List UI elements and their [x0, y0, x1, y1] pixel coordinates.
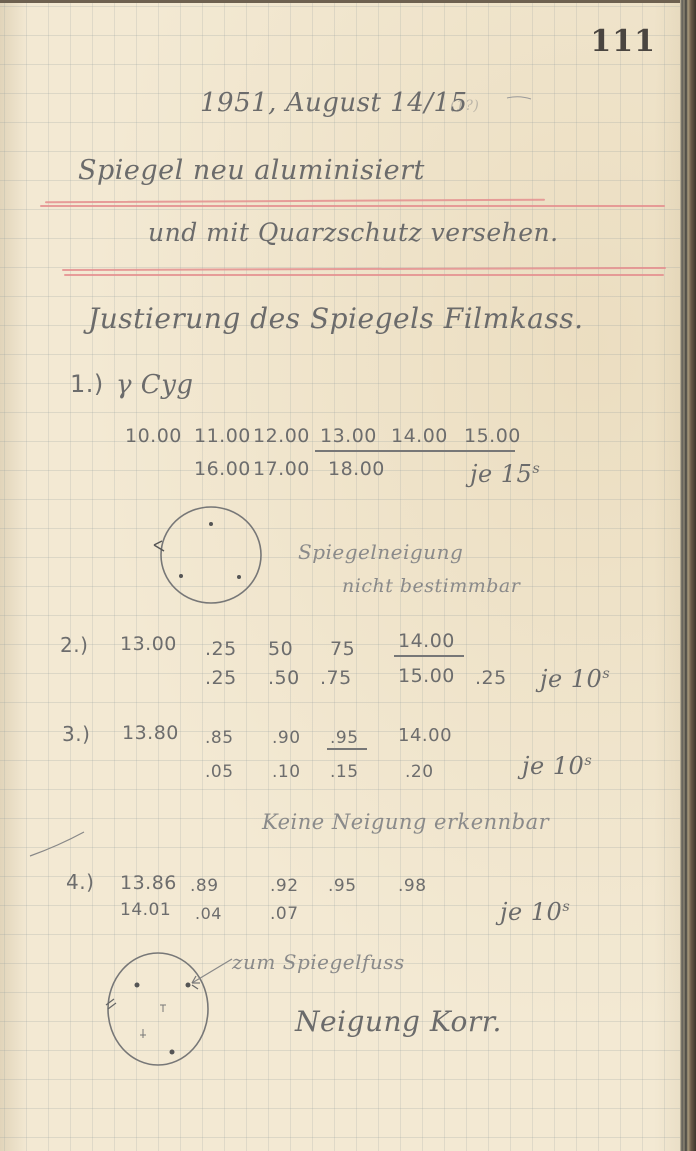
e1-note-line-2: nicht bestimmbar: [342, 575, 520, 597]
entry-1-label: 1.): [70, 370, 104, 398]
e2-r2-c4: 15.00: [398, 665, 455, 687]
e3-r1-c1: 13.80: [122, 722, 179, 744]
e1-exposure-value: je 15: [470, 460, 532, 488]
e4-r1-c2: .89: [190, 876, 219, 896]
red-underline-1b: [40, 205, 665, 207]
red-underline-2a: [62, 267, 666, 271]
section-title: Justierung des Spiegels Filmkass.: [88, 302, 583, 335]
e4-r1-c1: 13.86: [120, 872, 177, 894]
e2-r2-c1: .25: [205, 667, 237, 689]
e1-r1-c5: 14.00: [391, 425, 448, 447]
e4-r2-c1: 14.01: [120, 900, 171, 920]
notebook-page: 111 1951, August 14/15 (1?) Spiegel neu …: [0, 0, 696, 1151]
e2-exposure-unit: s: [602, 666, 610, 682]
e3-r1-c2: .85: [205, 728, 234, 748]
entry-3-label: 3.): [62, 722, 90, 746]
page-number: 111: [590, 24, 656, 59]
red-underline-2b: [64, 274, 664, 276]
e1-r1-c4: 13.00: [320, 425, 377, 447]
e2-r1-c3: 50: [268, 638, 293, 660]
red-underline-1a: [45, 199, 545, 204]
e4-r1-c3: .92: [270, 876, 299, 896]
entry-2-label: 2.): [60, 633, 88, 657]
e4-exposure: je 10s: [500, 898, 570, 926]
e3-r2-c1: .05: [205, 762, 234, 782]
e2-r1-c4: 75: [330, 638, 355, 660]
heading-line-2: und mit Quarzschutz versehen.: [148, 218, 559, 247]
e3-r1-c5: 14.00: [398, 725, 452, 746]
entry-1-object: γ Cyg: [116, 370, 194, 400]
e1-note-line-1: Spiegelneigung: [298, 540, 463, 564]
e3-exposure: je 10s: [522, 752, 592, 780]
e4-arrow-note: zum Spiegelfuss: [232, 950, 405, 974]
e2-r1-c1: 13.00: [120, 633, 177, 655]
e3-underline: [327, 748, 367, 750]
e2-underline: [394, 655, 464, 657]
page-top-edge: [0, 0, 696, 3]
notebook-spine: [680, 0, 696, 1151]
e1-r1-c2: 11.00: [194, 425, 251, 447]
e3-exposure-value: je 10: [522, 752, 584, 780]
e3-r1-c3: .90: [272, 728, 301, 748]
e2-r1-c5: 14.00: [398, 630, 455, 652]
e1-r1-c1: 10.00: [125, 425, 182, 447]
heading-line-1: Spiegel neu aluminisiert: [78, 155, 425, 186]
e1-r2-c3: 18.00: [328, 458, 385, 480]
e1-exposure-unit: s: [532, 461, 540, 477]
e2-r2-c5: .25: [475, 667, 507, 689]
e3-exposure-unit: s: [584, 753, 592, 769]
e4-r1-c5: .98: [398, 876, 427, 896]
e4-r2-c3: .07: [270, 904, 299, 924]
e3-r2-c4: .20: [405, 762, 434, 782]
e4-exposure-unit: s: [562, 899, 570, 915]
stray-pencil-stroke: [28, 828, 88, 858]
e2-r1-c2: .25: [205, 638, 237, 660]
e1-r2-c1: 16.00: [194, 458, 251, 480]
e3-note: Keine Neigung erkennbar: [262, 810, 549, 834]
e4-note: Neigung Korr.: [295, 1005, 502, 1038]
e4-r2-c2: .04: [195, 904, 222, 923]
e1-r2-c2: 17.00: [253, 458, 310, 480]
e1-r1-c6: 15.00: [464, 425, 521, 447]
dash-mark: [505, 94, 535, 102]
e3-r1-c4: .95: [330, 728, 359, 748]
faint-mark: (1?): [450, 98, 479, 114]
entry-4-label: 4.): [66, 870, 94, 894]
e2-exposure: je 10s: [540, 665, 610, 693]
e2-r2-c3: .75: [320, 667, 352, 689]
e3-r2-c2: .10: [272, 762, 301, 782]
mirror-diagram-1: [150, 505, 270, 610]
e1-underline: [315, 450, 515, 452]
e2-r2-c2: .50: [268, 667, 300, 689]
e4-exposure-value: je 10: [500, 898, 562, 926]
e1-exposure: je 15s: [470, 460, 540, 488]
e2-exposure-value: je 10: [540, 665, 602, 693]
date-header: 1951, August 14/15: [200, 88, 468, 118]
e3-r2-c3: .15: [330, 762, 359, 782]
e1-r1-c3: 12.00: [253, 425, 310, 447]
e4-r1-c4: .95: [328, 876, 357, 896]
